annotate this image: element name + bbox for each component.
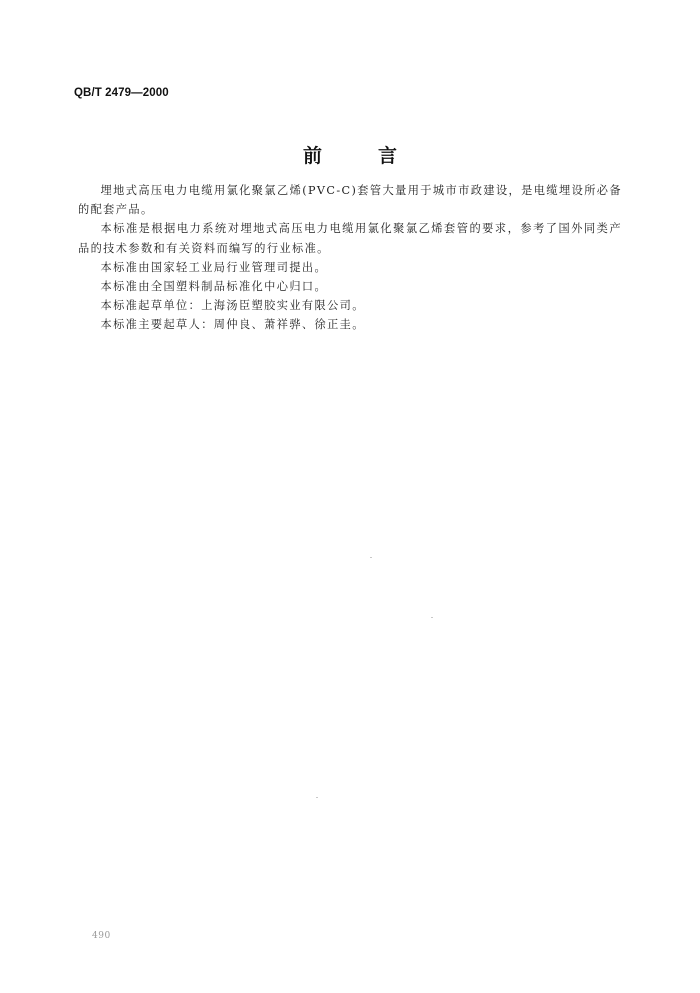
paragraph-proposer: 本标准由国家轻工业局行业管理司提出。 — [78, 258, 622, 277]
standard-code: QB/T 2479—2000 — [74, 87, 169, 99]
paragraph-basis: 本标准是根据电力系统对埋地式高压电力电缆用氯化聚氯乙烯套管的要求，参考了国外同类… — [78, 219, 622, 257]
page-number: 490 — [92, 931, 111, 941]
paragraph-background: 埋地式高压电力电缆用氯化聚氯乙烯(PVC-C)套管大量用于城市市政建设，是电缆埋… — [78, 181, 622, 219]
scan-speck — [316, 797, 318, 798]
foreword-body: 埋地式高压电力电缆用氯化聚氯乙烯(PVC-C)套管大量用于城市市政建设，是电缆埋… — [78, 181, 622, 335]
title-char-2: 言 — [378, 141, 397, 168]
paragraph-responsible-center: 本标准由全国塑料制品标准化中心归口。 — [78, 277, 622, 296]
paragraph-drafting-unit: 本标准起草单位：上海汤臣塑胶实业有限公司。 — [78, 296, 622, 315]
scan-speck — [370, 557, 372, 558]
page-title: 前言 — [0, 141, 700, 168]
paragraph-drafters: 本标准主要起草人：周仲良、萧祥骅、徐正圭。 — [78, 315, 622, 334]
title-char-1: 前 — [303, 141, 322, 168]
scan-speck — [431, 617, 433, 618]
